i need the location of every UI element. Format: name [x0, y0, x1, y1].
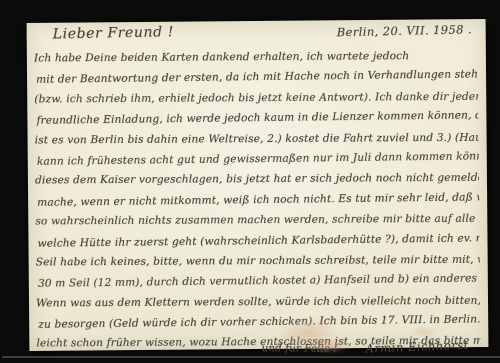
signature: Armin Eichhorst	[365, 338, 469, 356]
closing-line: und für Felle !	[261, 342, 337, 355]
closing-row: und für Felle ! Armin Eichhorst	[29, 339, 488, 357]
scanned-letter: Lieber Freund ! Berlin, 20. VII. 1958 . …	[0, 0, 500, 363]
dateline: Berlin, 20. VII. 1958 .	[336, 22, 472, 39]
letter-paper: Lieber Freund ! Berlin, 20. VII. 1958 . …	[27, 19, 489, 351]
letter-body: Ich habe Deine beiden Karten dankend erh…	[27, 43, 489, 355]
scan-seam-line	[2, 356, 500, 358]
greeting: Lieber Freund !	[53, 24, 175, 42]
